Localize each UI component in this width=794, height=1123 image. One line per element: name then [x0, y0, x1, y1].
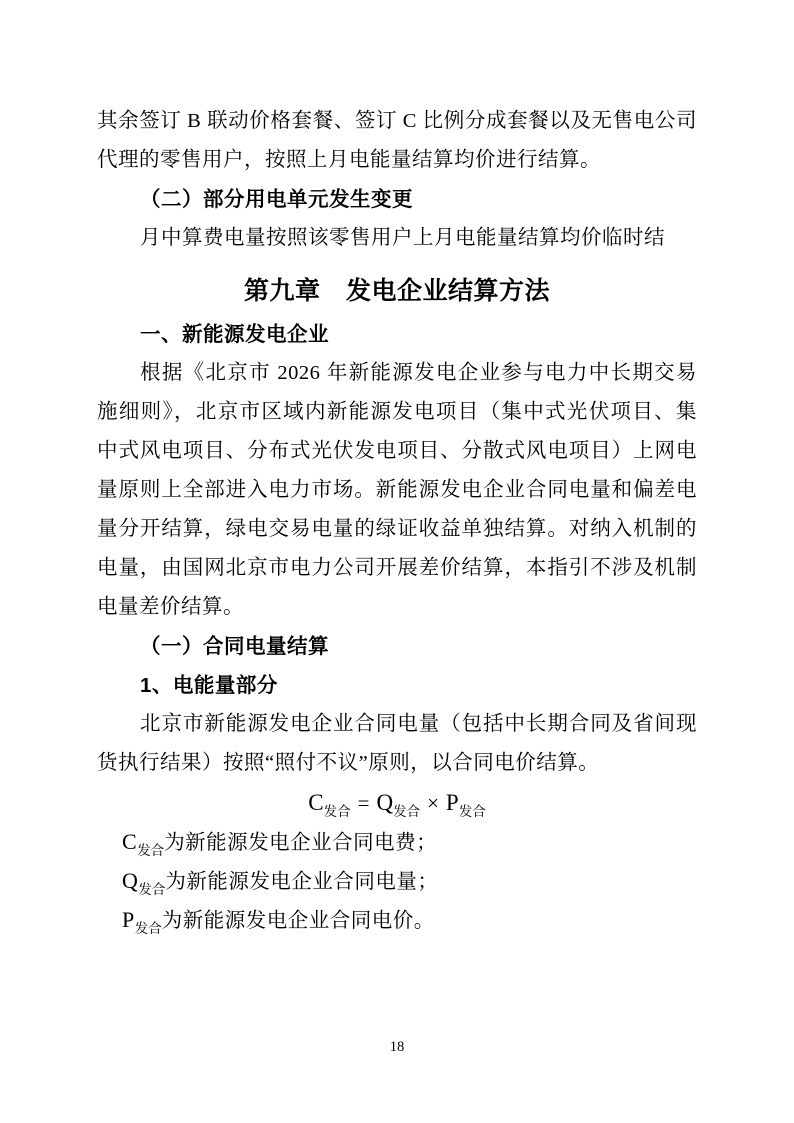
paragraph-contract-line2: 货执行结果）按照“照付不议”原则，以合同电价结算。 — [97, 744, 697, 783]
heading-new-energy-enterprises: 一、新能源发电企业 — [97, 315, 697, 354]
paragraph-retail-users-line2: 代理的零售用户，按照上月电能量结算均价进行结算。 — [97, 141, 697, 180]
paragraph-new-energy-line6: 电量，由国网北京市电力公司开展差价结算，本指引不涉及机制 — [97, 549, 697, 588]
formula-price-subscript: 发合 — [459, 804, 486, 819]
document-page: 其余签订 B 联动价格套餐、签订 C 比例分成套餐以及无售电公司 代理的零售用户… — [0, 0, 794, 1123]
definition-contract-quantity: Q发合为新能源发电企业合同电量； — [97, 861, 697, 900]
chapter-title: 第九章 发电企业结算方法 — [97, 267, 697, 315]
multiply-sign: × — [427, 791, 439, 815]
definition-contract-price: P发合为新能源发电企业合同电价。 — [97, 900, 697, 939]
paragraph-new-energy-line3: 中式风电项目、分布式光伏发电项目、分散式风电项目）上网电 — [97, 432, 697, 471]
definition-quantity-text: 为新能源发电企业合同电量； — [165, 871, 438, 893]
formula-contract-fee-equation: C发合=Q发合×P发合 — [97, 783, 697, 822]
formula-price-symbol: P — [446, 790, 459, 815]
definition-contract-fee: C发合为新能源发电企业合同电费； — [97, 822, 697, 861]
paragraph-new-energy-line7: 电量差价结算。 — [97, 588, 697, 627]
equals-sign: = — [358, 791, 370, 815]
paragraph-contract-line1: 北京市新能源发电企业合同电量（包括中长期合同及省间现 — [97, 705, 697, 744]
page-number: 18 — [0, 1036, 794, 1058]
formula-fee-symbol: C — [308, 790, 323, 815]
paragraph-midmonth-settlement: 月中算费电量按照该零售用户上月电能量结算均价临时结算。 — [97, 219, 697, 258]
formula-quantity-subscript: 发合 — [393, 804, 420, 819]
definition-fee-symbol: C — [122, 829, 137, 854]
paragraph-new-energy-line4: 量原则上全部进入电力市场。新能源发电企业合同电量和偏差电 — [97, 471, 697, 510]
definition-price-subscript: 发合 — [135, 921, 162, 936]
heading-energy-volume-part: 1、电能量部分 — [97, 666, 697, 705]
heading-contract-volume-settlement: （一）合同电量结算 — [97, 627, 697, 666]
formula-fee-subscript: 发合 — [324, 804, 351, 819]
definition-quantity-symbol: Q — [122, 868, 138, 893]
definition-price-text: 为新能源发电企业合同电价。 — [162, 910, 435, 932]
paragraph-new-energy-line1: 根据《北京市 2026 年新能源发电企业参与电力中长期交易实 — [97, 354, 697, 393]
definition-price-symbol: P — [122, 907, 135, 932]
definition-quantity-subscript: 发合 — [138, 882, 165, 897]
paragraph-retail-users-line1: 其余签订 B 联动价格套餐、签订 C 比例分成套餐以及无售电公司 — [97, 102, 697, 141]
paragraph-new-energy-line2: 施细则》，北京市区域内新能源发电项目（集中式光伏项目、集 — [97, 393, 697, 432]
definition-fee-text: 为新能源发电企业合同电费； — [164, 832, 437, 854]
formula-quantity-symbol: Q — [376, 790, 393, 815]
heading-section-2-unit-change: （二）部分用电单元发生变更 — [97, 180, 697, 219]
paragraph-new-energy-line5: 量分开结算，绿电交易电量的绿证收益单独结算。对纳入机制的 — [97, 510, 697, 549]
definition-fee-subscript: 发合 — [137, 843, 164, 858]
document-text-block: 其余签订 B 联动价格套餐、签订 C 比例分成套餐以及无售电公司 代理的零售用户… — [97, 102, 697, 939]
